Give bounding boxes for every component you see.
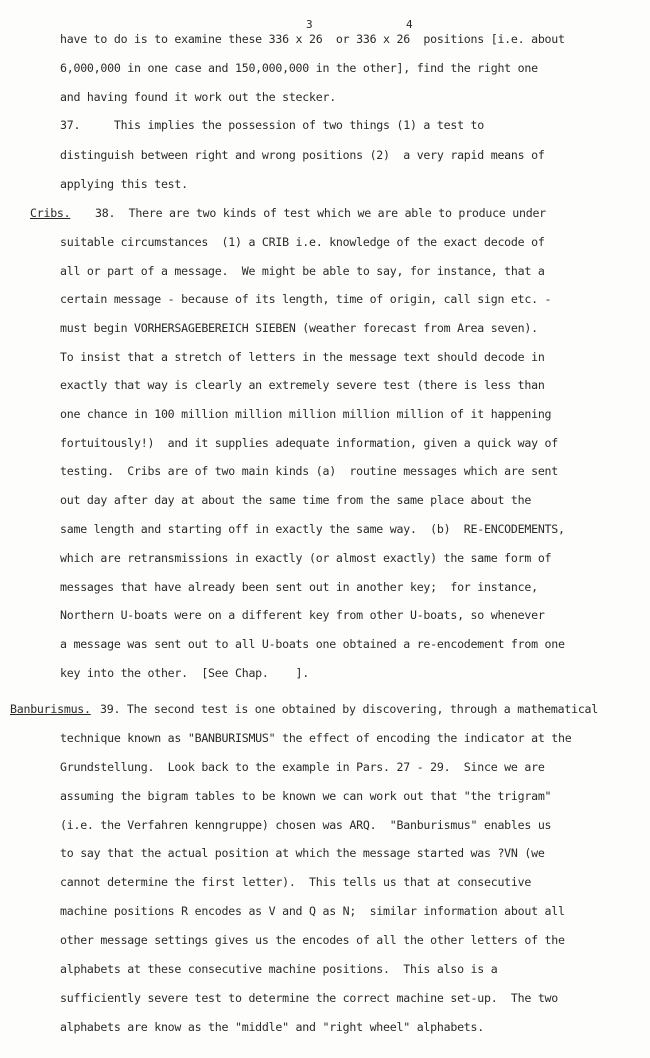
text-line: to say that the actual position at which… (60, 846, 545, 860)
text-line: fortuitously!) and it supplies adequate … (60, 436, 558, 450)
text-line: same length and starting off in exactly … (60, 522, 565, 536)
text-line: other message settings gives us the enco… (60, 933, 565, 947)
text-line: all or part of a message. We might be ab… (60, 264, 545, 278)
text-line: machine positions R encodes as V and Q a… (60, 904, 565, 918)
text-line: certain message - because of its length,… (60, 292, 551, 306)
margin-note-banburismus: Banburismus. (10, 702, 91, 716)
margin-note-cribs: Cribs. (30, 206, 70, 220)
text-line: suitable circumstances (1) a CRIB i.e. k… (60, 235, 545, 249)
text-line: cannot determine the first letter). This… (60, 875, 531, 889)
text-line: out day after day at about the same time… (60, 493, 531, 507)
text-line: a message was sent out to all U-boats on… (60, 637, 565, 651)
text-line: alphabets are know as the "middle" and "… (60, 1020, 484, 1034)
text-line: technique known as "BANBURISMUS" the eff… (60, 731, 571, 745)
text-line: and having found it work out the stecker… (60, 90, 336, 104)
text-line: applying this test. (60, 177, 188, 191)
text-line: 37. This implies the possession of two t… (60, 118, 484, 132)
text-line: assuming the bigram tables to be known w… (60, 789, 551, 803)
document-page: 3 4 Cribs. Banburismus. have to do is to… (0, 0, 650, 1058)
text-line: Northern U-boats were on a different key… (60, 608, 545, 622)
text-line: Grundstellung. Look back to the example … (60, 760, 545, 774)
text-line: alphabets at these consecutive machine p… (60, 962, 497, 976)
text-line: sufficiently severe test to determine th… (60, 991, 558, 1005)
text-line: 39. The second test is one obtained by d… (100, 702, 598, 716)
text-line: key into the other. [See Chap. ]. (60, 666, 309, 680)
text-line: messages that have already been sent out… (60, 580, 538, 594)
text-line: (i.e. the Verfahren kenngruppe) chosen w… (60, 818, 551, 832)
superscript-3: 3 (306, 18, 313, 31)
text-line: distinguish between right and wrong posi… (60, 148, 545, 162)
text-line: which are retransmissions in exactly (or… (60, 551, 551, 565)
text-line: one chance in 100 million million millio… (60, 407, 551, 421)
text-line: testing. Cribs are of two main kinds (a)… (60, 464, 558, 478)
text-line: To insist that a stretch of letters in t… (60, 350, 545, 364)
text-line: have to do is to examine these 336 x 26 … (60, 32, 565, 46)
text-line: 38. There are two kinds of test which we… (95, 206, 546, 220)
text-line: must begin VORHERSAGEBEREICH SIEBEN (wea… (60, 321, 538, 335)
superscript-4: 4 (406, 18, 413, 31)
text-line: 6,000,000 in one case and 150,000,000 in… (60, 61, 538, 75)
text-line: exactly that way is clearly an extremely… (60, 378, 545, 392)
